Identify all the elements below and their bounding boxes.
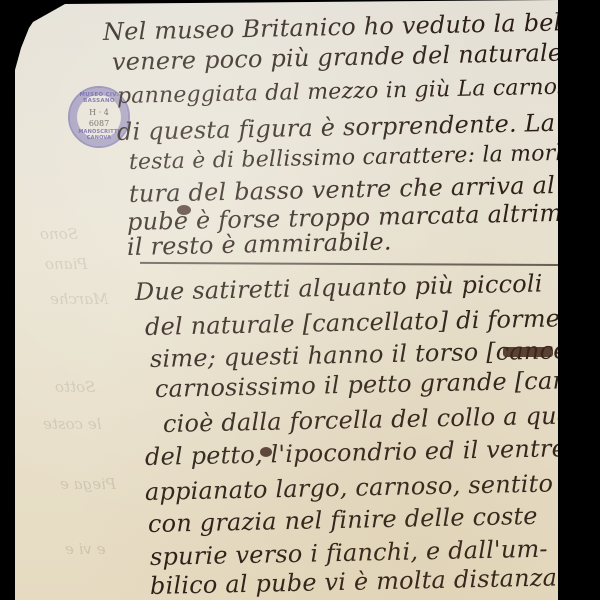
text-line: Due satiretti alquanto più piccoli	[135, 269, 543, 306]
stamp-shelfmark: H · 4	[70, 108, 128, 117]
text-line: del naturale [cancellato] di forme nobil…	[145, 302, 600, 341]
bleed-through-text: le coste	[43, 415, 101, 433]
text-line: appianato largo, carnoso, sentito	[145, 469, 554, 506]
bleed-through-text: Piano	[45, 255, 88, 273]
section-divider-line	[140, 262, 572, 266]
text-line: testa è di bellissimo carattere: la morb…	[129, 139, 600, 175]
text-line: il resto è ammirabile.	[127, 227, 392, 261]
ink-blot	[260, 447, 272, 457]
bleed-through-text: Sono	[40, 225, 78, 243]
text-line: con grazia nel finire delle coste	[148, 502, 538, 538]
bleed-through-text: Marche	[50, 290, 108, 308]
text-line: di questa figura è sorprendente. La sua	[117, 108, 600, 146]
bleed-through-text: Sotto	[55, 378, 95, 396]
ink-blot	[503, 347, 553, 357]
text-line: del petto, l'ipocondrio ed il ventre	[145, 434, 567, 471]
ink-blot	[177, 205, 191, 215]
bleed-through-text: e vi e	[65, 540, 106, 558]
bleed-through-text: Piega e	[60, 475, 116, 493]
text-line: cioè dalla forcella del collo a quella	[163, 401, 600, 438]
manuscript-page: Sono Piano Marche Sotto le coste Piega e…	[15, 0, 558, 600]
text-line: panneggiata dal mezzo in giù La carnosit…	[117, 74, 599, 109]
